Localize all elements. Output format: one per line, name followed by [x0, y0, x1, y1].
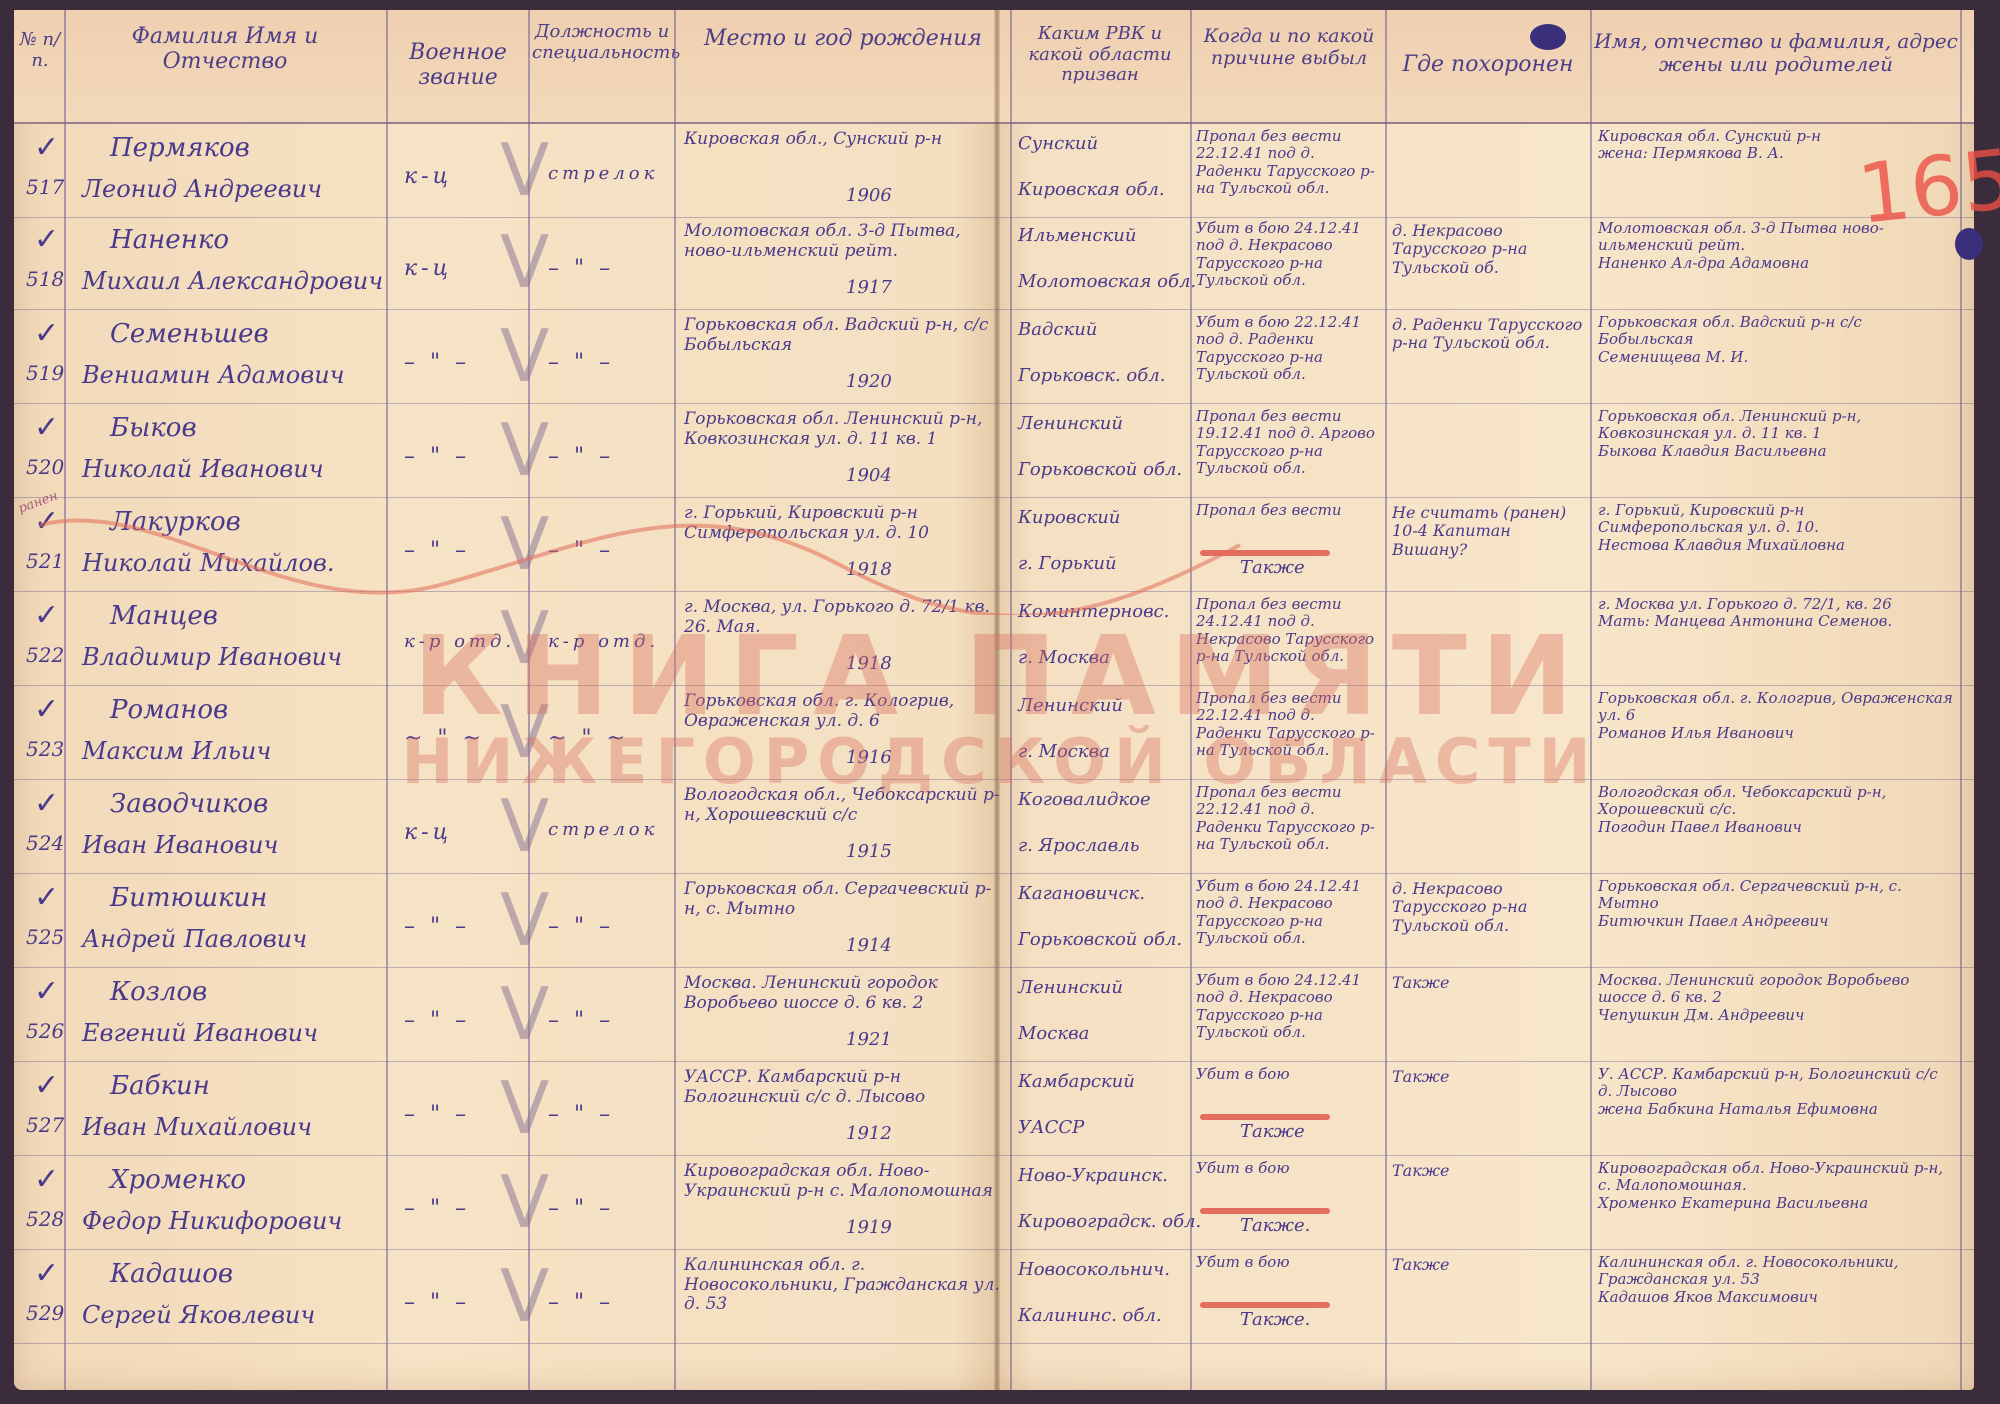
- rvk-name: Вадский: [1018, 320, 1097, 341]
- departure-reason: Пропал без вести 22.12.41 под д. Раденки…: [1196, 128, 1384, 197]
- birth-year: 1914: [846, 936, 892, 957]
- position: стрелок: [548, 820, 658, 841]
- relatives-address: Горьковская обл. Вадский р-н с/с Бобыльс…: [1598, 314, 1954, 366]
- row-rule: [14, 1155, 1974, 1156]
- birth-year: 1916: [846, 748, 892, 769]
- rvk-name: Коговалидкое: [1018, 790, 1151, 811]
- surname: Семеньшев: [110, 320, 269, 350]
- given-name: Иван Михайлович: [82, 1114, 312, 1142]
- departure-reason-ditto: Также.: [1240, 1216, 1310, 1237]
- red-underline: [1200, 1114, 1330, 1120]
- relatives-address: Москва. Ленинский городок Воробьево шосс…: [1598, 972, 1954, 1024]
- birth-year: 1906: [846, 186, 892, 207]
- military-rank: – " –: [404, 1102, 470, 1127]
- relatives-address: Горьковская обл. г. Кологрив, Овраженска…: [1598, 690, 1954, 742]
- rvk-name: Кагановичск.: [1018, 884, 1145, 905]
- departure-reason: Убит в бою 24.12.41 под д. Некрасово Тар…: [1196, 878, 1384, 947]
- burial-place: д. Некрасово Тарусского р-на Тульской об…: [1392, 880, 1586, 935]
- rvk-region: Кировоградск. обл.: [1018, 1212, 1201, 1233]
- position: – " –: [548, 1102, 614, 1127]
- row-rule: [14, 1061, 1974, 1062]
- burial-place: Также: [1392, 1256, 1586, 1274]
- birth-year: 1917: [846, 278, 892, 299]
- given-name: Вениамин Адамович: [82, 362, 345, 390]
- relatives-address: Горьковская обл. Сергачевский р-н, с. Мы…: [1598, 878, 1954, 930]
- row-rule: [14, 403, 1974, 404]
- birth-place: Кировская обл., Сунский р-н: [684, 130, 1004, 150]
- surname: Заводчиков: [110, 790, 268, 820]
- given-name: Владимир Иванович: [82, 644, 342, 672]
- given-name: Николай Иванович: [82, 456, 324, 484]
- strike-through-wave: [40, 505, 1300, 615]
- record-number: 519: [26, 362, 64, 385]
- military-rank: к-ц: [404, 256, 452, 281]
- checkmark-icon: ✓: [34, 880, 59, 915]
- relatives-address: Кировоградская обл. Ново-Украинский р-н,…: [1598, 1160, 1954, 1212]
- given-name: Михаил Александрович: [82, 268, 383, 296]
- position: к-р отд.: [548, 632, 659, 653]
- birth-place: Москва. Ленинский городок Воробьево шосс…: [684, 974, 1004, 1013]
- checkmark-icon: ✓: [34, 974, 59, 1009]
- rvk-region: г. Ярославль: [1018, 836, 1139, 857]
- header-birth: Место и год рождения: [678, 26, 1008, 51]
- pencil-check-icon: V: [500, 1166, 549, 1238]
- pencil-check-icon: V: [500, 884, 549, 956]
- rvk-name: Ленинский: [1018, 978, 1123, 999]
- birth-year: 1918: [846, 654, 892, 675]
- surname: Романов: [110, 696, 228, 726]
- military-rank: – " –: [404, 350, 470, 375]
- row-rule: [14, 309, 1974, 310]
- position: – " –: [548, 1290, 614, 1315]
- burial-place: д. Некрасово Тарусского р-на Тульской об…: [1392, 222, 1586, 277]
- record-number: 517: [26, 176, 64, 199]
- military-rank: – " –: [404, 1008, 470, 1033]
- header-rvk: Каким РВК и какой области призван: [1012, 24, 1188, 86]
- checkmark-icon: ✓: [34, 222, 59, 257]
- relatives-address: У. АССР. Камбарский р-н, Бологинский с/с…: [1598, 1066, 1954, 1118]
- rvk-region: г. Москва: [1018, 742, 1110, 763]
- red-underline: [1200, 1208, 1330, 1214]
- pencil-check-icon: V: [500, 978, 549, 1050]
- position: ~ " ~: [548, 726, 629, 751]
- checkmark-icon: ✓: [34, 1256, 59, 1291]
- surname: Бабкин: [110, 1072, 210, 1102]
- departure-reason: Пропал без вести 22.12.41 под д. Раденки…: [1196, 690, 1384, 759]
- header-relatives: Имя, отчество и фамилия, адрес жены или …: [1594, 30, 1958, 76]
- record-number: 525: [26, 926, 64, 949]
- birth-place: Горьковская обл. Сергачевский р-н, с. Мы…: [684, 880, 1004, 919]
- position: – " –: [548, 1008, 614, 1033]
- burial-place: д. Раденки Тарусского р-на Тульской обл.: [1392, 316, 1586, 353]
- position: – " –: [548, 914, 614, 939]
- record-number: 524: [26, 832, 64, 855]
- checkmark-icon: ✓: [34, 130, 59, 165]
- pencil-check-icon: V: [500, 134, 549, 206]
- military-rank: – " –: [404, 1290, 470, 1315]
- pencil-check-icon: V: [500, 1072, 549, 1144]
- header-buried: Где похоронен: [1390, 52, 1586, 77]
- record-number: 523: [26, 738, 64, 761]
- row-rule: [14, 967, 1974, 968]
- rvk-region: Калининс. обл.: [1018, 1306, 1162, 1327]
- pencil-check-icon: V: [500, 414, 549, 486]
- military-rank: – " –: [404, 444, 470, 469]
- military-rank: – " –: [404, 1196, 470, 1221]
- header-number: № п/п.: [18, 30, 62, 71]
- military-rank: – " –: [404, 914, 470, 939]
- surname: Быков: [110, 414, 197, 444]
- rvk-name: Камбарский: [1018, 1072, 1135, 1093]
- rvk-name: Сунский: [1018, 134, 1098, 155]
- header-name: Фамилия Имя и Отчество: [70, 24, 380, 75]
- header-rank: Военное звание: [392, 40, 524, 91]
- pencil-check-icon: V: [500, 696, 549, 768]
- record-number: 522: [26, 644, 64, 667]
- record-number: 527: [26, 1114, 64, 1137]
- given-name: Федор Никифорович: [82, 1208, 342, 1236]
- birth-place: Молотовская обл. 3-д Пытва, ново-ильменс…: [684, 222, 1004, 261]
- relatives-address: Калининская обл. г. Новосокольники, Граж…: [1598, 1254, 1954, 1306]
- birth-year: 1904: [846, 466, 892, 487]
- row-rule: [14, 873, 1974, 874]
- pencil-check-icon: V: [500, 1260, 549, 1332]
- checkmark-icon: ✓: [34, 692, 59, 727]
- position: – " –: [548, 350, 614, 375]
- row-rule: [14, 685, 1974, 686]
- row-rule: [14, 779, 1974, 780]
- ink-blot: [1530, 24, 1566, 50]
- departure-reason: Убит в бою 24.12.41 под д. Некрасово Тар…: [1196, 220, 1384, 289]
- birth-place: УАССР. Камбарский р-н Бологинский с/с д.…: [684, 1068, 1004, 1107]
- relatives-address: г. Горький, Кировский р-н Симферопольска…: [1598, 502, 1954, 554]
- surname: Хроменко: [110, 1166, 246, 1196]
- departure-reason: Убит в бою: [1196, 1160, 1384, 1177]
- military-rank: ~ " ~: [404, 726, 485, 751]
- rvk-region: г. Москва: [1018, 648, 1110, 669]
- rvk-name: Ленинский: [1018, 414, 1123, 435]
- military-rank: к-ц: [404, 164, 452, 189]
- birth-year: 1921: [846, 1030, 892, 1051]
- surname: Козлов: [110, 978, 207, 1008]
- pencil-check-icon: V: [500, 320, 549, 392]
- relatives-address: г. Москва ул. Горького д. 72/1, кв. 26 М…: [1598, 596, 1954, 631]
- position: – " –: [548, 256, 614, 281]
- row-rule: [14, 217, 1974, 218]
- burial-place: Также: [1392, 1162, 1586, 1180]
- record-number: 528: [26, 1208, 64, 1231]
- checkmark-icon: ✓: [34, 1162, 59, 1197]
- relatives-address: Горьковская обл. Ленинский р-н, Ковкозин…: [1598, 408, 1954, 460]
- header-position: Должность и специальность: [532, 22, 672, 63]
- birth-place: Горьковская обл. Ленинский р-н, Ковкозин…: [684, 410, 1004, 449]
- military-rank: к-ц: [404, 820, 452, 845]
- military-rank: к-р отд.: [404, 632, 515, 653]
- surname: Битюшкин: [110, 884, 267, 914]
- departure-reason-ditto: Также.: [1240, 1310, 1310, 1331]
- departure-reason: Убит в бою: [1196, 1066, 1384, 1083]
- given-name: Андрей Павлович: [82, 926, 307, 954]
- birth-place: Кировоградская обл. Ново-Украинский р-н …: [684, 1162, 1004, 1201]
- surname: Кадашов: [110, 1260, 233, 1290]
- departure-reason-ditto: Также: [1240, 1122, 1305, 1143]
- rvk-region: Горьковской обл.: [1018, 460, 1182, 481]
- birth-place: Вологодская обл., Чебоксарский р-н, Хоро…: [684, 786, 1004, 825]
- given-name: Иван Иванович: [82, 832, 278, 860]
- checkmark-icon: ✓: [34, 786, 59, 821]
- birth-year: 1920: [846, 372, 892, 393]
- birth-year: 1919: [846, 1218, 892, 1239]
- rvk-name: Ново-Украинск.: [1018, 1166, 1168, 1187]
- rvk-region: УАССР: [1018, 1118, 1084, 1139]
- relatives-address: Вологодская обл. Чебоксарский р-н, Хорош…: [1598, 784, 1954, 836]
- page-mark: 165: [1853, 132, 2000, 243]
- checkmark-icon: ✓: [34, 1068, 59, 1103]
- rvk-region: Молотовская обл.: [1018, 272, 1196, 293]
- birth-place: Калининская обл. г. Новосокольники, Граж…: [684, 1256, 1004, 1315]
- departure-reason: Убит в бою 24.12.41 под д. Некрасово Тар…: [1196, 972, 1384, 1041]
- record-number: 518: [26, 268, 64, 291]
- record-number: 529: [26, 1302, 64, 1325]
- header-reason: Когда и по какой причине выбыл: [1194, 26, 1384, 70]
- red-underline: [1200, 1302, 1330, 1308]
- rvk-name: Ленинский: [1018, 696, 1123, 717]
- departure-reason: Пропал без вести 19.12.41 под д. Аргово …: [1196, 408, 1384, 477]
- row-rule: [14, 1343, 1974, 1344]
- pencil-check-icon: V: [500, 226, 549, 298]
- rvk-region: Горьковск. обл.: [1018, 366, 1165, 387]
- record-number: 526: [26, 1020, 64, 1043]
- rvk-region: Кировская обл.: [1018, 180, 1165, 201]
- row-rule: [14, 1249, 1974, 1250]
- position: – " –: [548, 1196, 614, 1221]
- burial-place: Также: [1392, 974, 1586, 992]
- rvk-name: Ильменский: [1018, 226, 1136, 247]
- birth-year: 1912: [846, 1124, 892, 1145]
- checkmark-icon: ✓: [34, 410, 59, 445]
- given-name: Леонид Андреевич: [82, 176, 322, 204]
- departure-reason: Убит в бою: [1196, 1254, 1384, 1271]
- rvk-region: Москва: [1018, 1024, 1089, 1045]
- given-name: Сергей Яковлевич: [82, 1302, 315, 1330]
- birth-place: Горьковская обл. Вадский р-н, с/с Бобыль…: [684, 316, 1004, 355]
- birth-place: Горьковская обл. г. Кологрив, Овраженска…: [684, 692, 1004, 731]
- pencil-check-icon: V: [500, 790, 549, 862]
- departure-reason: Убит в бою 22.12.41 под д. Раденки Тарус…: [1196, 314, 1384, 383]
- position: стрелок: [548, 164, 658, 185]
- checkmark-icon: ✓: [34, 316, 59, 351]
- rvk-region: Горьковской обл.: [1018, 930, 1182, 951]
- burial-place: Не считать (ранен) 10-4 Капитан Вишану?: [1392, 504, 1586, 559]
- departure-reason: Пропал без вести 22.12.41 под д. Раденки…: [1196, 784, 1384, 853]
- surname: Пермяков: [110, 134, 250, 164]
- given-name: Максим Ильич: [82, 738, 271, 766]
- record-number: 520: [26, 456, 64, 479]
- ink-blot: [1955, 228, 1983, 260]
- given-name: Евгений Иванович: [82, 1020, 318, 1048]
- surname: Наненко: [110, 226, 229, 256]
- row-rule: [14, 497, 1974, 498]
- birth-year: 1915: [846, 842, 892, 863]
- rvk-name: Новосокольнич.: [1018, 1260, 1170, 1281]
- burial-place: Также: [1392, 1068, 1586, 1086]
- position: – " –: [548, 444, 614, 469]
